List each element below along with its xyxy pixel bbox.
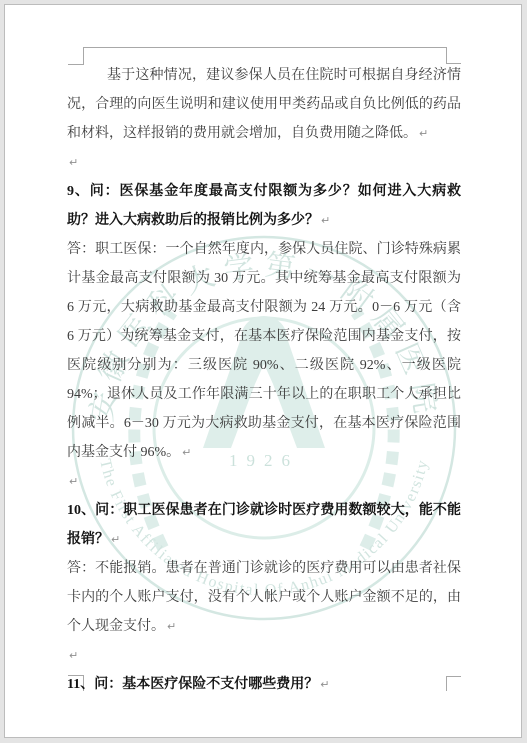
empty-line[interactable]: ↵ [67,641,461,670]
paragraph-mark-icon: ↵ [419,127,428,140]
paragraph-text[interactable]: 答：职工医保：一个自然年度内，参保人员住院、门诊特殊病累计基金最高支付限额为 3… [67,242,461,460]
text-boundary-top-line [83,47,446,48]
heading-text[interactable]: 10、问：职工医保患者在门诊就诊时医疗费用数额较大，能不能报销？ [67,503,461,547]
paragraph-mark-icon: ↵ [320,678,329,691]
question-9-heading[interactable]: 9、问：医保基金年度最高支付限额为多少？如何进入大病救助？进入大病救助后的报销比… [67,177,461,235]
paragraph-mark-icon: ↵ [182,446,191,459]
answer-10-paragraph[interactable]: 答：不能报销。患者在普通门诊就诊的医疗费用可以由患者社保卡内的个人账户支付，没有… [67,554,461,641]
empty-line[interactable]: ↵ [67,467,461,496]
answer-9-paragraph[interactable]: 答：职工医保：一个自然年度内，参保人员住院、门诊特殊病累计基金最高支付限额为 3… [67,235,461,467]
paragraph-text[interactable]: 基于这种情况，建议参保人员在住院时可根据自身经济情况，合理的向医生说明和建议使用… [67,68,461,141]
question-10-heading[interactable]: 10、问：职工医保患者在门诊就诊时医疗费用数额较大，能不能报销？↵ [67,496,461,554]
word-print-view: 1926 安徽医科大学第一附属医院 The First Affiliated H… [0,0,527,743]
paragraph-mark-icon: ↵ [69,649,78,662]
paragraph-mark-icon: ↵ [167,620,176,633]
paragraph-mark-icon: ↵ [69,156,78,169]
question-11-heading[interactable]: 11、问：基本医疗保险不支付哪些费用？↵ [67,670,461,699]
paragraph-mark-icon: ↵ [321,214,330,227]
empty-line[interactable]: ↵ [67,148,461,177]
intro-paragraph[interactable]: 基于这种情况，建议参保人员在住院时可根据自身经济情况，合理的向医生说明和建议使用… [67,61,461,148]
document-text[interactable]: 基于这种情况，建议参保人员在住院时可根据自身经济情况，合理的向医生说明和建议使用… [67,61,461,699]
heading-text[interactable]: 11、问：基本医疗保险不支付哪些费用？ [67,677,318,692]
paragraph-mark-icon: ↵ [69,475,78,488]
heading-text[interactable]: 9、问：医保基金年度最高支付限额为多少？如何进入大病救助？进入大病救助后的报销比… [67,184,461,228]
paragraph-mark-icon: ↵ [111,533,120,546]
paragraph-text[interactable]: 答：不能报销。患者在普通门诊就诊的医疗费用可以由患者社保卡内的个人账户支付，没有… [67,561,461,634]
